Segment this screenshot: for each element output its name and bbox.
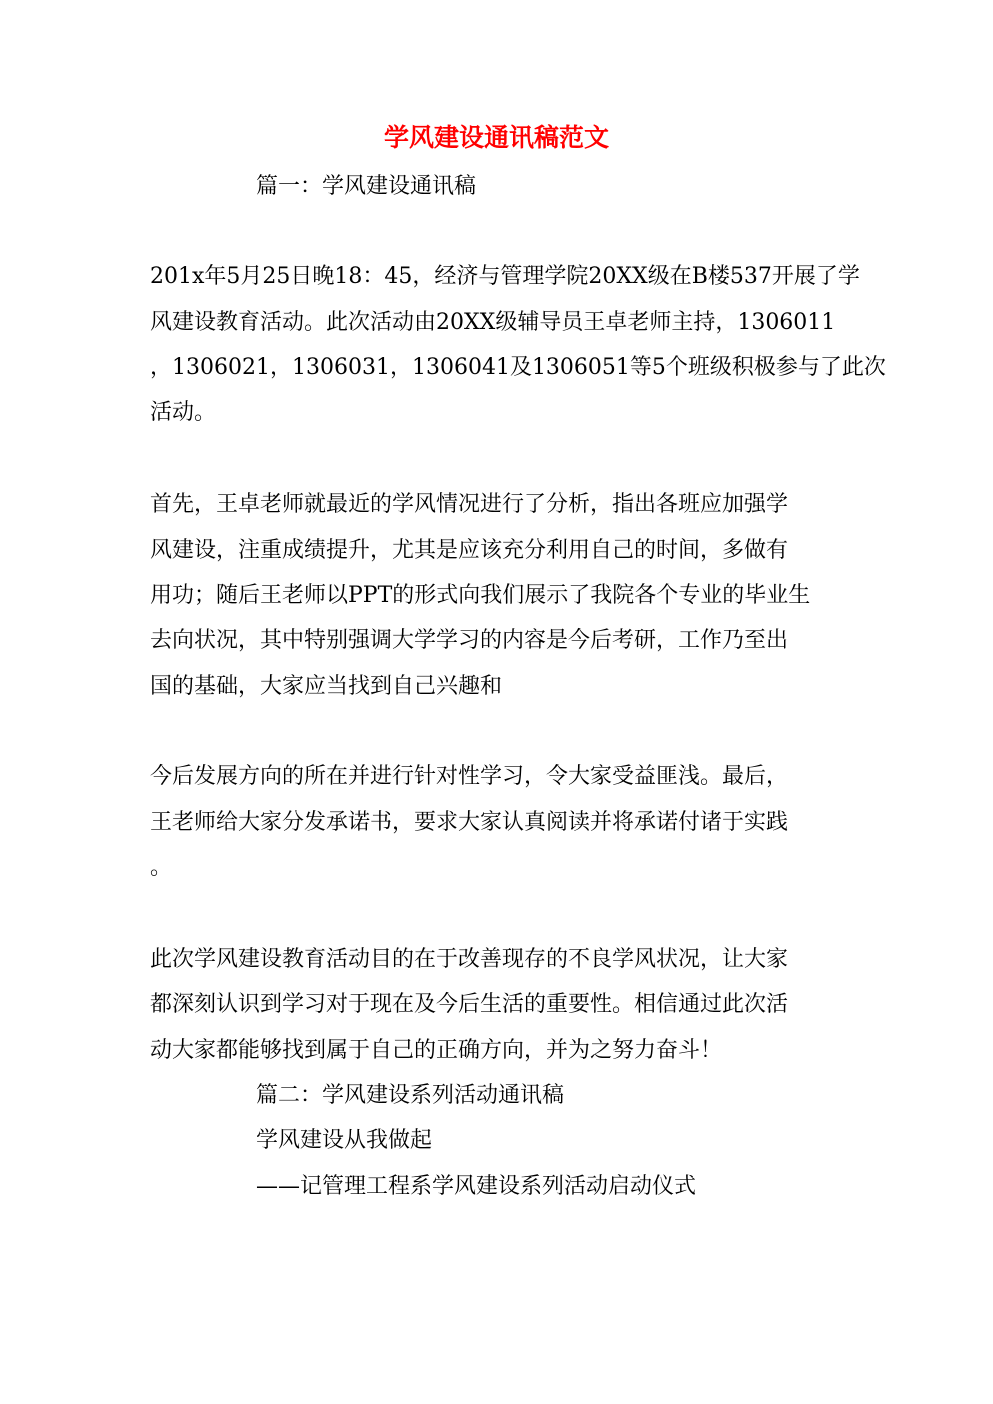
paragraph-line: 201x年5月25日晚18：45，经济与管理学院20XX级在B楼537开展了学: [150, 262, 860, 292]
paragraph-line: 用功；随后王老师以PPT的形式向我们展示了我院各个专业的毕业生: [150, 581, 810, 611]
paragraph-line: 去向状况，其中特别强调大学学习的内容是今后考研，工作乃至出: [150, 626, 788, 656]
paragraph-line: 首先，王卓老师就最近的学风情况进行了分析，指出各班应加强学: [150, 490, 788, 520]
paragraph-line: 动大家都能够找到属于自己的正确方向，并为之努力奋斗！: [150, 1036, 722, 1066]
paragraph-line: 国的基础，大家应当找到自己兴趣和: [150, 672, 502, 702]
paragraph-line: 风建设教育活动。此次活动由20XX级辅导员王卓老师主持，1306011: [150, 308, 835, 338]
paragraph-line: 活动。: [150, 398, 216, 428]
document-page: 学风建设通讯稿范文 篇一：学风建设通讯稿 201x年5月25日晚18：45，经济…: [0, 0, 993, 1404]
paragraph-line: 今后发展方向的所在并进行针对性学习，令大家受益匪浅。最后，: [150, 762, 788, 792]
paragraph-line: ，1306021，1306031，1306041及1306051等5个班级积极参…: [150, 353, 886, 383]
paragraph-line: 。: [150, 853, 172, 883]
section-2-heading: 篇二：学风建设系列活动通讯稿: [256, 1081, 564, 1111]
document-title: 学风建设通讯稿范文: [0, 120, 993, 156]
paragraph-line: 王老师给大家分发承诺书，要求大家认真阅读并将承诺付诸于实践: [150, 808, 788, 838]
section-2-byline: ——记管理工程系学风建设系列活动启动仪式: [256, 1172, 696, 1202]
section-1-heading: 篇一：学风建设通讯稿: [256, 172, 476, 202]
paragraph-line: 都深刻认识到学习对于现在及今后生活的重要性。相信通过此次活: [150, 990, 788, 1020]
section-2-subtitle: 学风建设从我做起: [256, 1126, 432, 1156]
paragraph-line: 风建设，注重成绩提升，尤其是应该充分利用自己的时间，多做有: [150, 536, 788, 566]
paragraph-line: 此次学风建设教育活动目的在于改善现存的不良学风状况，让大家: [150, 945, 788, 975]
